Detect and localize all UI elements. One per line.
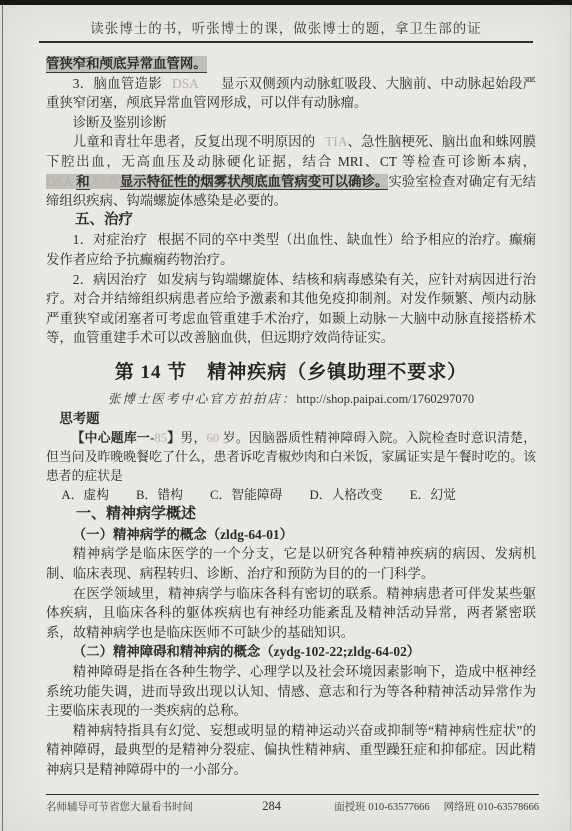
para-etiological-treatment: 2．病因治疗如发病与钩端螺旋体、结核和病毒感染有关，应针对病因进行治疗。对合并结… (46, 270, 536, 348)
treat2-label: 2．病因治疗 (73, 272, 147, 287)
question-number-faint: 85 (154, 431, 167, 445)
footer-left-note: 名师辅导可节省您大量看书时间 (46, 799, 193, 814)
underlined-he-text: 和 (76, 174, 89, 191)
page-header: 读张博士的书，听张博士的课，做张博士的题，拿卫生部的证 (0, 0, 572, 43)
carryover-line: 管狭窄和颅底异常血管网。 (46, 54, 536, 74)
scan-edge-top (0, 0, 572, 5)
footer-contacts: 面授班 010-63577666网络班 010-63578666 (320, 799, 539, 814)
diagnosis-subheading: 诊断及鉴别诊断 (46, 113, 536, 133)
question-bank-label: 【中心题库一- (72, 431, 155, 445)
option-c: C．智能障碍 (210, 488, 283, 502)
diagnosis-text-a: 儿童和青壮年患者，反复出现不明原因的 (73, 134, 315, 149)
question-text-a: 男， (180, 431, 206, 445)
para-symptomatic-treatment: 1．对症治疗根据不同的卒中类型（出血性、缺血性）给予相应的治疗。癫痫发作者应给予… (46, 230, 536, 269)
scan-edge-right (570, 5, 571, 831)
option-b: B．错构 (136, 488, 183, 502)
para-mental-disorder-definition: 精神障碍是指在各种生物学、心理学以及社会环境因素影响下，造成中枢神经系统功能失调… (46, 662, 536, 721)
section-title: 第 14 节 精神疾病（乡镇助理不要求） (46, 363, 536, 383)
header-slogan: 读张博士的书，听张博士的课，做张博士的题，拿卫生部的证 (0, 17, 572, 37)
angiography-item-label: 3．脑血管造影 (73, 76, 162, 91)
highlight-confirm-line: 显示特征性的烟雾状颅底血管病变可以确诊。 (120, 174, 389, 191)
faint-dsa-text: DSA (172, 76, 199, 91)
shop-url-link[interactable]: http://shop.paipai.com/1760297070 (296, 392, 474, 406)
overview-heading: 一、精神病学概述 (46, 505, 536, 525)
para-psychiatry-definition: 精神病学是临床医学的一个分支，它是以研究各种精神疾病的病因、发病机制、临床表现、… (46, 544, 536, 583)
scanned-book-page: 读张博士的书，听张博士的课，做张博士的题，拿卫生部的证 管狭窄和颅底异常血管网。… (0, 0, 572, 831)
scan-edge-left (2, 5, 3, 831)
think-question-heading: 思考题 (46, 409, 536, 429)
faint-dsa-check-post: 检查 (93, 174, 120, 189)
faint-tia-text: TIA (325, 134, 347, 149)
para-psychosis-definition: 精神病特指具有幻觉、妄想或明显的精神运动兴奋或抑制等“精神病性症状”的精神障碍，… (46, 721, 536, 780)
answer-options-row: A．虚构B．错构C．智能障碍D．人格改变E．幻觉 (46, 486, 536, 506)
page-footer: 名师辅导可节省您大量看书时间 284 面授班 010-63577666网络班 0… (46, 794, 539, 814)
option-e: E．幻觉 (410, 488, 456, 502)
page-number: 284 (262, 799, 281, 814)
para-cerebral-angiography: 3．脑血管造影DSA显示双侧颈内动脉虹吸段、大脑前、中动脉起始段严重狭窄闭塞，颅… (46, 74, 536, 113)
shop-label: 张博士医考中心官方拍拍店： (108, 392, 297, 406)
disorder-subheading: （二）精神障碍和精神病的概念（zydg-102-22;zldg-64-02） (46, 642, 536, 662)
para-diagnosis: 儿童和青壮年患者，反复出现不明原因的TIA、急性脑梗死、脑出血和蛛网膜下腔出血，… (46, 132, 536, 210)
treatment-heading: 五、治疗 (46, 211, 536, 231)
footer-contact-online: 网络班 010-63578666 (444, 802, 539, 813)
concept-subheading: （一）精神病学的概念（zldg-64-01） (46, 525, 536, 545)
footer-contact-onsite: 面授班 010-63577666 (334, 802, 429, 813)
para-psychiatry-relation: 在医学领域里，精神病学与临床各科有密切的联系。精神病患者可伴发某些躯体疾病，且临… (46, 584, 536, 643)
highlighted-carryover-text: 管狭窄和颅底异常血管网。 (46, 56, 207, 73)
shop-line: 张博士医考中心官方拍拍店：http://shop.paipai.com/1760… (46, 390, 536, 410)
patient-age-faint: 60 (207, 431, 220, 445)
treat1-label: 1．对症治疗 (73, 232, 147, 247)
highlight-dsa-box: DSA 和 检查 (46, 174, 120, 189)
question-bank-close: 】 (167, 431, 180, 445)
option-a: A．虚构 (61, 488, 109, 502)
question-item: 【中心题库一-85】男，60 岁。因脑器质性精神障碍入院。入院检查时意识清楚，但… (46, 429, 536, 486)
option-d: D．人格改变 (309, 488, 382, 502)
page-content: 管狭窄和颅底异常血管网。 3．脑血管造影DSA显示双侧颈内动脉虹吸段、大脑前、中… (0, 43, 572, 780)
faint-dsa-check-pre: DSA (46, 174, 73, 189)
